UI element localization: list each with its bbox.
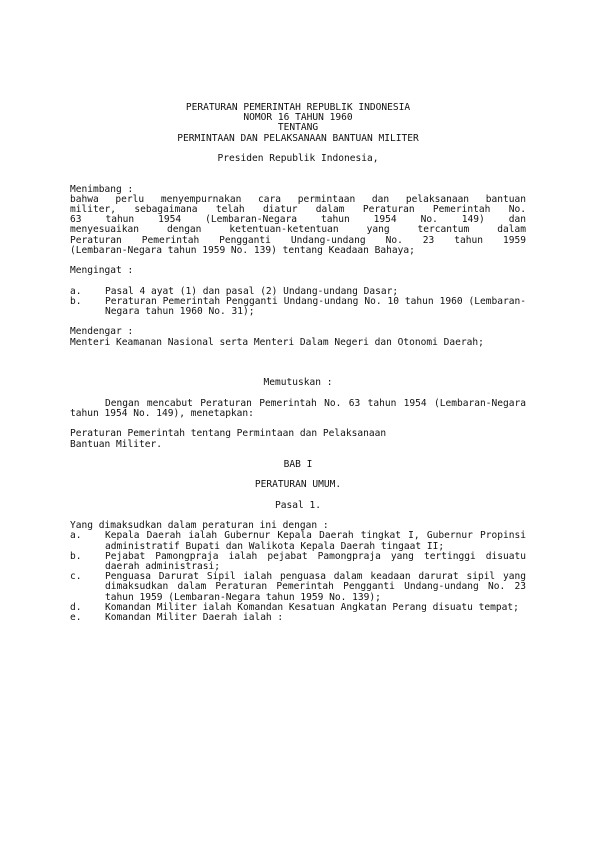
pasal1-item: e. Komandan Militer Daerah ialah : xyxy=(70,613,526,623)
pasal-heading: Pasal 1. xyxy=(70,501,526,511)
bab-number: BAB I xyxy=(70,460,526,470)
pasal1-item: b. Pejabat Pamongpraja ialah pejabat Pam… xyxy=(70,552,526,572)
pasal1-item: a. Kepala Daerah ialah Gubernur Kepala D… xyxy=(70,531,526,551)
memutuskan-text: Dengan mencabut Peraturan Pemerintah No.… xyxy=(70,399,526,419)
list-marker: e. xyxy=(70,613,105,623)
list-marker: c. xyxy=(70,572,105,603)
menimbang-line: (Lembaran-Negara tahun 1959 No. 139) ten… xyxy=(70,246,526,256)
list-marker: b. xyxy=(70,297,105,317)
menimbang-text: bahwa perlu menyempurnakan cara perminta… xyxy=(70,195,526,256)
doc-subject: PERMINTAAN DAN PELAKSANAAN BANTUAN MILIT… xyxy=(70,134,526,144)
list-text: Kepala Daerah ialah Gubernur Kepala Daer… xyxy=(105,531,526,551)
menetapkan-title-line2: Bantuan Militer. xyxy=(70,440,526,450)
list-text: Peraturan Pemerintah Pengganti Undang-un… xyxy=(105,297,526,317)
mendengar-text: Menteri Keamanan Nasional serta Menteri … xyxy=(70,338,526,348)
memutuskan-label: Memutuskan : xyxy=(70,378,526,388)
pasal1-item: c. Penguasa Darurat Sipil ialah penguasa… xyxy=(70,572,526,603)
bab-title: PERATURAN UMUM. xyxy=(70,480,526,490)
list-text: Pejabat Pamongpraja ialah pejabat Pamong… xyxy=(105,552,526,572)
list-text: Komandan Militer Daerah ialah : xyxy=(105,613,526,623)
mengingat-label: Mengingat : xyxy=(70,266,526,276)
list-marker: b. xyxy=(70,552,105,572)
list-text: Penguasa Darurat Sipil ialah penguasa da… xyxy=(105,572,526,603)
mengingat-item: b. Peraturan Pemerintah Pengganti Undang… xyxy=(70,297,526,317)
document-page: PERATURAN PEMERINTAH REPUBLIK INDONESIA … xyxy=(70,103,526,623)
list-marker: a. xyxy=(70,531,105,551)
president-line: Presiden Republik Indonesia, xyxy=(70,154,526,164)
